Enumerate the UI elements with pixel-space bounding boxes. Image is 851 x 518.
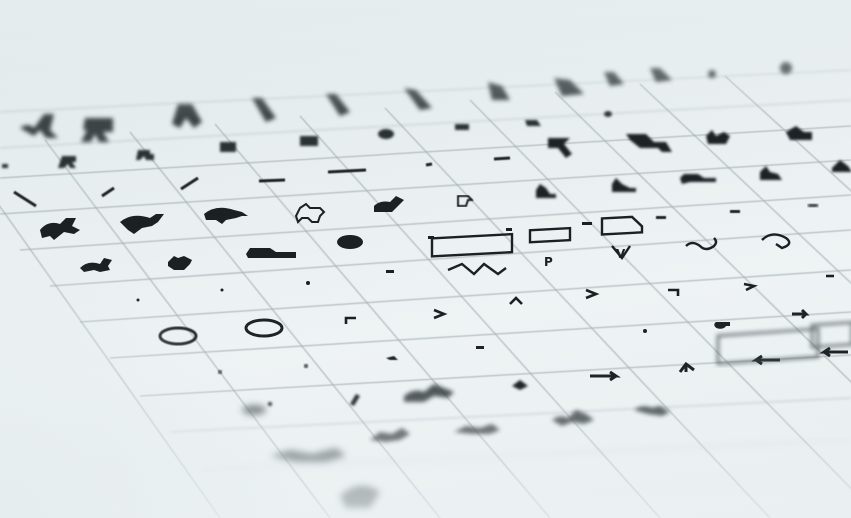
row-4-animals-far (536, 160, 851, 198)
row-7-marks (346, 276, 834, 324)
row-6-symbols (432, 216, 789, 274)
row-9-far (268, 380, 528, 406)
row-4-animals (40, 196, 472, 240)
svg-text:P: P (544, 255, 553, 269)
row-7-symbols (160, 320, 282, 344)
svg-text:V: V (616, 247, 626, 261)
row-6-dots (137, 270, 395, 302)
symbol-grid-sheet: P V (0, 0, 851, 518)
row-10-figures (370, 384, 670, 442)
photo-of-symbol-sheet: P V (0, 0, 851, 518)
row-3-lines (14, 158, 510, 206)
row-10-rectangle (718, 322, 851, 363)
